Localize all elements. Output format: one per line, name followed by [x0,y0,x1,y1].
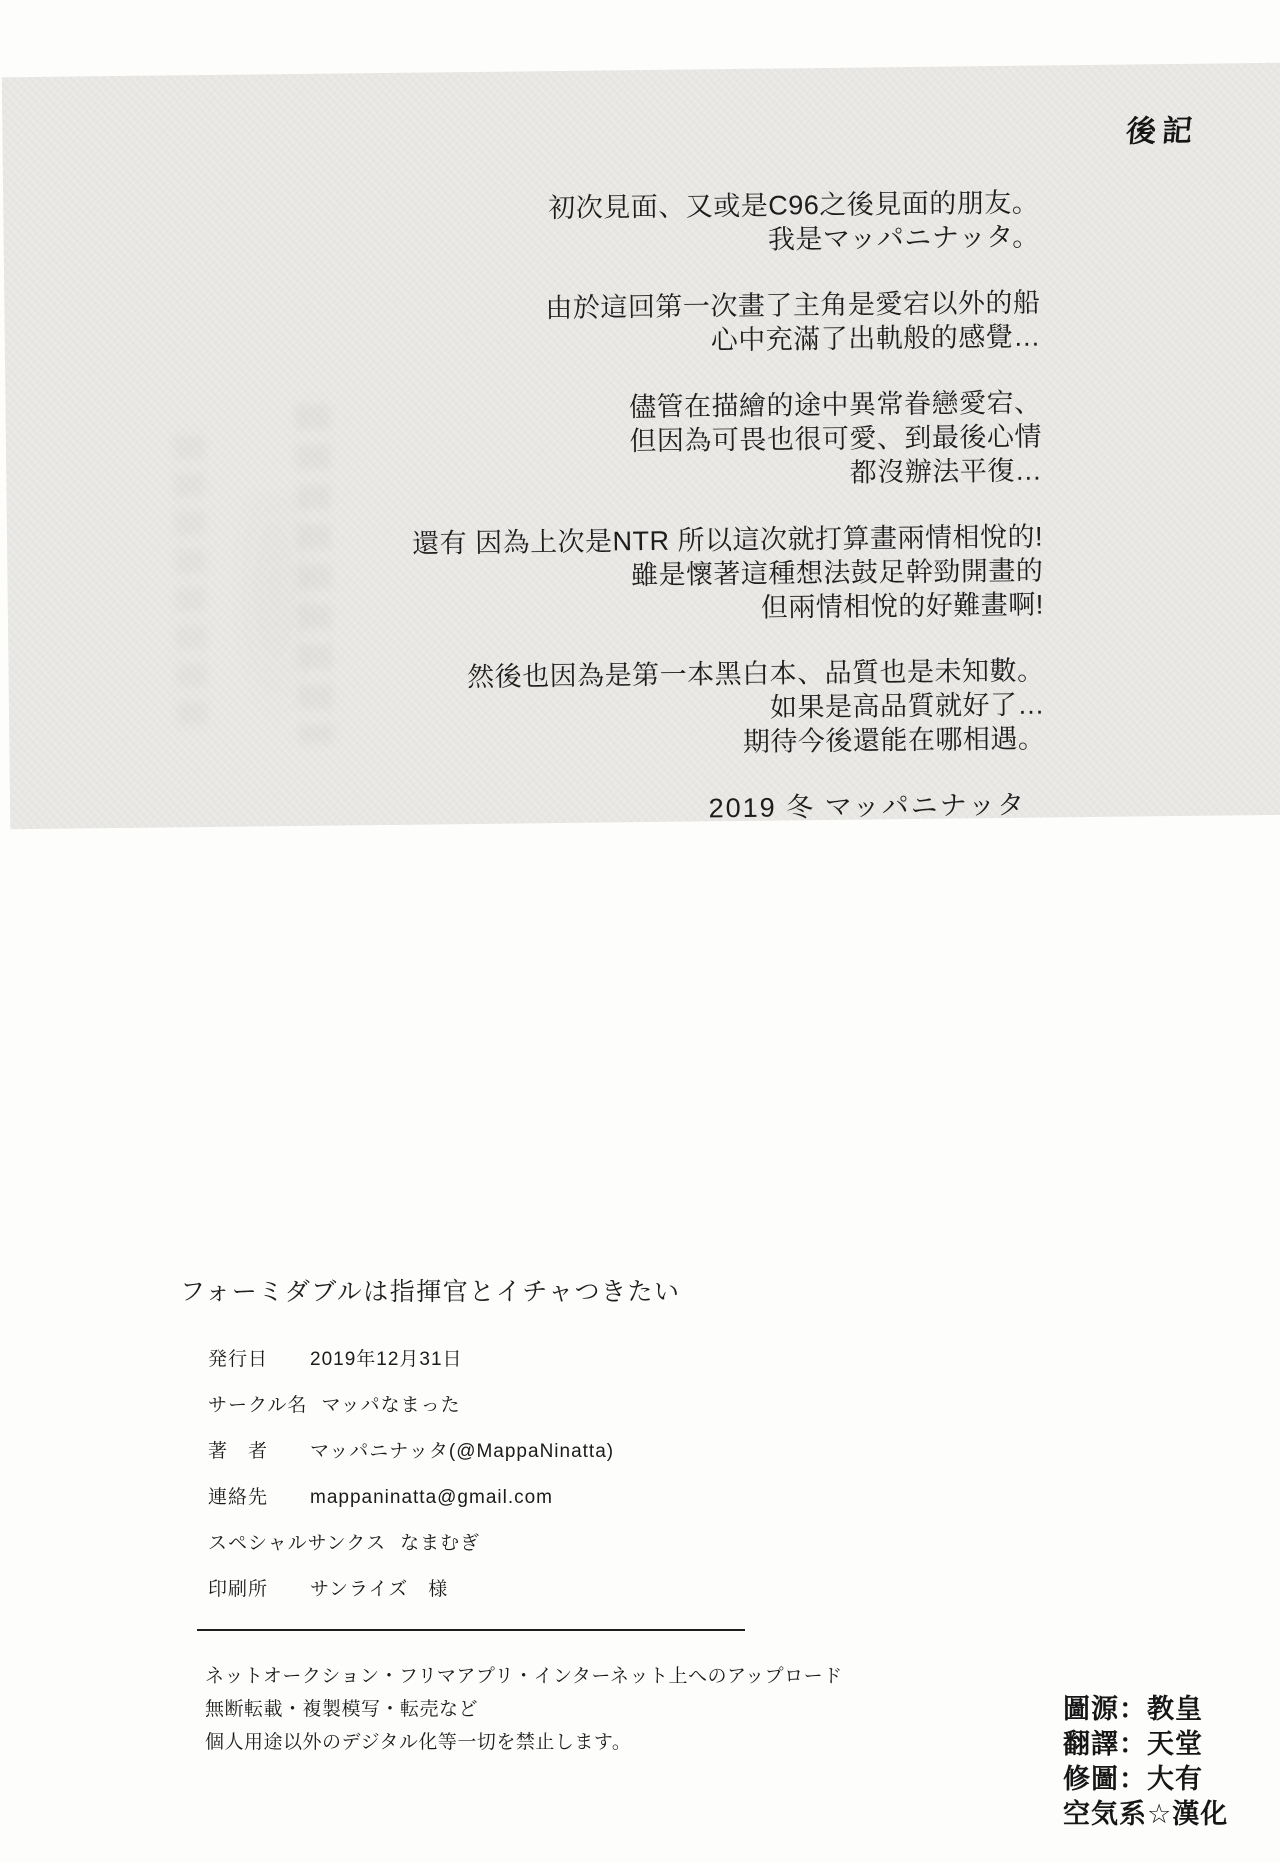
book-title: フォーミダブルは指揮官とイチャつきたい [180,1272,681,1308]
colophon-row-circle-name: サークル名 マッパなまった [208,1390,908,1436]
colophon-row-printer: 印刷所 サンライズ 様 [208,1574,908,1620]
afterword-paragraph: 儘管在描繪的途中異常眷戀愛宕、 但因為可畏也很可愛、到最後心情 都沒辦法平復… [5,386,1042,500]
afterword-body: 初次見面、又或是C96之後見面的朋友。 我是マッパニナッタ。 由於這回第一次畫了… [3,183,1280,834]
credit-line-translator: 翻譯：天堂 [1063,1727,1228,1762]
scanned-page: 後記 初次見面、又或是C96之後見面的朋友。 我是マッパニナッタ。 由於這回第一… [0,0,1280,1862]
colophon-label: 発行日 [208,1344,296,1371]
reproduction-notice: ネットオークション・フリマアプリ・インターネット上へのアップロード 無断転載・複… [205,1660,843,1759]
colophon-value: なまむぎ [400,1528,480,1555]
colophon-label: サークル名 [208,1390,307,1417]
colophon-row-author: 著 者 マッパニナッタ(@MappaNinatta) [208,1436,908,1482]
afterword-paragraph: 然後也因為是第一本黑白本、品質也是未知數。 如果是高品質就好了… 期待今後還能在… [8,654,1045,768]
colophon-label: スペシャルサンクス [208,1528,386,1555]
afterword-signature: 2019 冬 マッパニナッタ [10,788,1046,834]
divider-line [197,1629,745,1631]
credit-line-source: 圖源：教皇 [1063,1692,1228,1727]
colophon-label: 著 者 [208,1436,296,1463]
translation-credits: 圖源：教皇 翻譯：天堂 修圖：大有 空気系☆漢化 [1063,1692,1228,1832]
afterword-heading: 後記 [0,106,1200,164]
colophon-value: 2019年12月31日 [310,1344,463,1371]
afterword-paragraph: 初次見面、又或是C96之後見面的朋友。 我是マッパニナッタ。 [3,186,1040,266]
notice-line: ネットオークション・フリマアプリ・インターネット上へのアップロード [205,1660,843,1693]
colophon: 発行日 2019年12月31日 サークル名 マッパなまった 著 者 マッパニナッ… [208,1344,908,1620]
colophon-row-special-thanks: スペシャルサンクス なまむぎ [208,1528,908,1574]
notice-line: 無断転載・複製模写・転売など [205,1693,843,1726]
colophon-value: マッパなまった [321,1390,460,1417]
colophon-value: マッパニナッタ(@MappaNinatta) [310,1436,614,1463]
afterword-paragraph: 由於這回第一次畫了主角是愛宕以外的船 心中充滿了出軌般的感覺… [4,286,1041,366]
colophon-row-contact: 連絡先 mappaninatta@gmail.com [208,1482,908,1528]
afterword-panel: 後記 初次見面、又或是C96之後見面的朋友。 我是マッパニナッタ。 由於這回第一… [2,63,1280,830]
colophon-value: mappaninatta@gmail.com [310,1487,553,1509]
colophon-label: 連絡先 [208,1482,296,1509]
afterword-paragraph: 還有 因為上次是NTR 所以這次就打算畫兩情相悅的! 雖是懷著這種想法鼓足幹勁開… [7,520,1044,634]
credit-line-editor: 修圖：大有 [1063,1762,1228,1797]
colophon-row-publish-date: 発行日 2019年12月31日 [208,1344,908,1390]
notice-line: 個人用途以外のデジタル化等一切を禁止します。 [205,1726,843,1759]
colophon-value: サンライズ 様 [310,1574,448,1601]
colophon-label: 印刷所 [208,1574,296,1601]
credit-line-group: 空気系☆漢化 [1063,1797,1228,1832]
